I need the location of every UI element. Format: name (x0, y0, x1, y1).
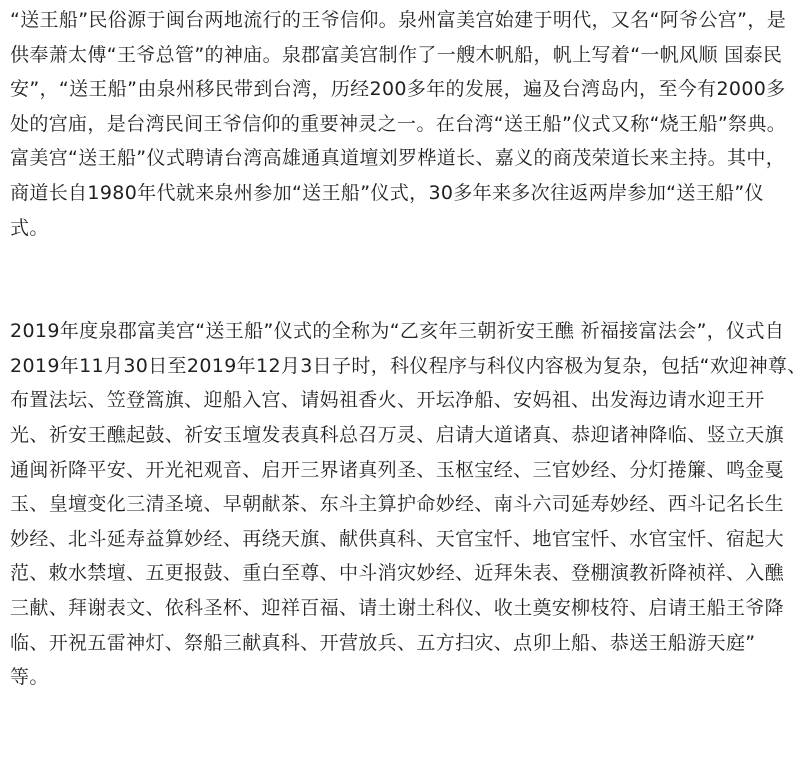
text-line: 2019年度泉郡富美宫“送王船”仪式的全称为“乙亥年三朝祈安王醮 祈福接富法会”… (10, 314, 792, 349)
text-line: 处的宫庙，是台湾民间王爷信仰的重要神灵之一。在台湾“送王船”仪式又称“烧王船”祭… (10, 107, 792, 142)
text-line: 范、敕水禁壇、五更报鼓、重白至尊、中斗消灾妙经、近拜朱表、登棚演教祈降祯祥、入醮 (10, 556, 792, 591)
text-line: 临、开祝五雷神灯、祭船三献真科、开营放兵、五方扫灾、点卯上船、恭送王船游天庭” (10, 626, 792, 661)
text-line: 等。 (10, 660, 792, 695)
text-line: 供奉萧太傅“王爷总管”的神庙。泉郡富美宫制作了一艘木帆船，帆上写着“一帆风顺 国… (10, 38, 792, 73)
text-line: 光、祈安王醮起鼓、祈安玉壇发表真科总召万灵、启请大道诸真、恭迎诸神降临、竖立天旗 (10, 418, 792, 453)
text-line: 玉、皇壇变化三清圣境、早朝献茶、东斗主算护命妙经、南斗六司延寿妙经、西斗记名长生 (10, 487, 792, 522)
text-line: 式。 (10, 211, 792, 246)
paragraph-ceremony-2019: 2019年度泉郡富美宫“送王船”仪式的全称为“乙亥年三朝祈安王醮 祈福接富法会”… (10, 314, 792, 764)
text-line (10, 695, 792, 730)
article-body: “送王船”民俗源于闽台两地流行的王爷信仰。泉州富美宫始建于明代，又名“阿爷公宫”… (10, 3, 792, 764)
text-line: 通闽祈降平安、开光祀观音、启开三界诸真列圣、玉枢宝经、三官妙经、分灯捲簾、鸣金戛 (10, 453, 792, 488)
paragraph-spacer (10, 245, 792, 314)
text-line (10, 729, 792, 764)
text-line: 商道长自1980年代就来泉州参加“送王船”仪式，30多年来多次往返两岸参加“送王… (10, 176, 792, 211)
text-line: 三献、拜谢表文、依科圣杯、迎祥百福、请土谢土科仪、收土奠安柳枝符、启请王船王爷降 (10, 591, 792, 626)
paragraph-origin: “送王船”民俗源于闽台两地流行的王爷信仰。泉州富美宫始建于明代，又名“阿爷公宫”… (10, 3, 792, 245)
text-line: 妙经、北斗延寿益算妙经、再绕天旗、献供真科、天官宝忏、地官宝忏、水官宝忏、宿起大 (10, 522, 792, 557)
text-line: 安”，“送王船”由泉州移民带到台湾，历经200多年的发展，遍及台湾岛内，至今有2… (10, 72, 792, 107)
text-line: 布置法坛、笠登篙旗、迎船入宫、请妈祖香火、开坛净船、安妈祖、出发海边请水迎王开 (10, 383, 792, 418)
text-line: “送王船”民俗源于闽台两地流行的王爷信仰。泉州富美宫始建于明代，又名“阿爷公宫”… (10, 3, 792, 38)
text-line: 2019年11月30日至2019年12月3日子时，科仪程序与科仪内容极为复杂，包… (10, 349, 792, 384)
text-line: 富美宫“送王船”仪式聘请台湾高雄通真道壇刘罗桦道长、嘉义的商茂荣道长来主持。其中… (10, 141, 792, 176)
